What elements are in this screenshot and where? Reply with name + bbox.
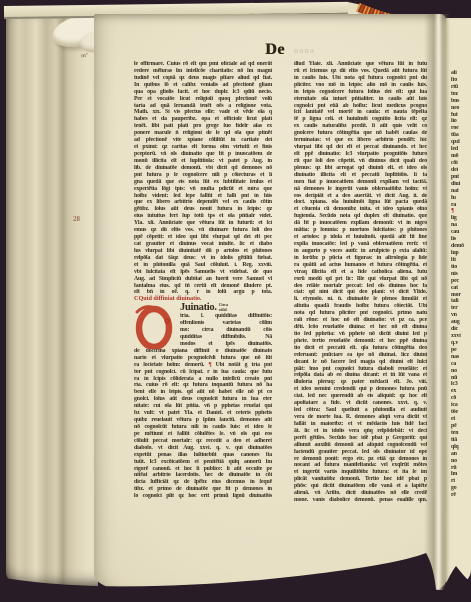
text-line: bns	[451, 98, 471, 105]
text-line: nā demones ſe ingerūt vanis obſeruatōibz…	[294, 186, 427, 193]
text-line: redere mēſuras ſm intellcōe charitatis: …	[134, 68, 272, 75]
text-line: q.v	[451, 340, 471, 347]
facing-page-sliver: aliſtoriūtozbnsneofutlioroetūaqzdſedmōcō…	[446, 18, 471, 584]
text-line: riū	[451, 84, 471, 91]
text-line: quidditas diffinibilis. Nā	[180, 334, 272, 341]
text-line: et pximi: qz caritas eſt forma oīm virtu…	[134, 144, 272, 151]
text-line: diabolo. vt dicit Aug. xxvi. q. v. qui d…	[134, 445, 272, 452]
text-line: nas	[451, 354, 471, 361]
text-line: re demonū ponit: ergo etc. pz etiā qz de…	[294, 456, 427, 463]
text-line: ſup	[451, 250, 471, 257]
text-line: aſtutia quadā fraudis hoībz futura cōiec…	[294, 303, 427, 310]
text-line: apoſtatare a fide. vt dicūt canones. xxv…	[294, 400, 427, 407]
text-line: tor pnt cognoſci. cū ſcipat. r in ſua ca…	[134, 369, 272, 376]
text-line: dā fit p inuocatōem expſſam demonū: vt i…	[294, 220, 427, 227]
text-line: rū	[451, 465, 471, 472]
lombard-initial: D	[134, 304, 176, 349]
text-line: nis	[451, 271, 471, 278]
margin-note: m°	[81, 53, 89, 60]
text-line: fugienda. Secūdo nota qd duplex eſt diui…	[294, 213, 427, 220]
text-line: ten	[451, 430, 471, 437]
initial-word-row: Juinatio. Circa cōſid	[180, 303, 272, 313]
text-line: ex	[451, 388, 471, 395]
text-line: illud Yſaie. xli. Annūciate que vētura ſ…	[294, 61, 427, 68]
text-line: rū que ſoli deo cōpetit. vñ diuinus dici…	[294, 158, 427, 165]
text-line: xxvi	[451, 333, 471, 340]
text-line: ſis	[451, 236, 471, 243]
text-line: expetūt penas illas ſuſtinebūt quas cano…	[134, 452, 272, 459]
text-line: fut	[451, 112, 471, 119]
text-line: et ingerūt variis inquiſitōibz futura: e…	[294, 469, 427, 476]
text-line: vſurpat ſibi qd dei eſt et peccat diuina…	[294, 144, 427, 151]
text-line: men fiat p inuocatōem demonū expſſam vel…	[294, 179, 427, 186]
text-line: ſc3	[451, 381, 471, 388]
text-line: qua opa glioſis facit. et hoc duplr. ſc3…	[134, 89, 272, 96]
text-line: fantaſma eius. qd tñ certū eſt demonē il…	[134, 283, 272, 290]
text-line: tē p ſigna celi. et huiuſmōi cognitio li…	[294, 116, 427, 123]
facing-page-text: aliſtoriūtozbnsneofutlioroetūaqzdſedmōcō…	[451, 70, 471, 499]
text-line: ca	[451, 361, 471, 368]
text-line: aſſumit auxiliū demonū ad aliquid cognoſ…	[294, 442, 427, 449]
text-line: terminatas: vt que ex libero arbitrio pe…	[294, 137, 427, 144]
text-line: phōs: qui dicūt diuinatōem eſſe vanā et …	[294, 483, 427, 490]
text-line: bz vult: vt patet Yſa. et Daniel. et cet…	[134, 410, 272, 417]
text-line: tio dicit et peccatū eſt. qīa futura cōt…	[294, 345, 427, 352]
text-line: Yſa. xli. Annūciate que vētura ſūt in fu…	[134, 220, 272, 227]
text-line: ſo cognoſci pſit qz hoc erit primū ſignū…	[134, 493, 272, 500]
text-line: quibz reuelauit vētura p ſpūm ſanctū. de…	[134, 417, 272, 424]
text-line: qzd	[451, 139, 471, 146]
text-line: ria. cuius rō eſt: qz futura inquantū fu…	[134, 382, 272, 389]
text-line: et in phitoniſſa quā Saul cōſuluit. i. R…	[134, 262, 272, 269]
initial-letter: D	[134, 304, 135, 305]
text-line: et cōuenta cū demonibz inita. et ideo xp…	[294, 206, 427, 213]
text-line: ſti	[451, 257, 471, 264]
bottom-shadow	[0, 540, 471, 602]
text-line: taria ad quā ſeruandā tenēt oēs a religi…	[134, 103, 272, 110]
text-line: pe	[451, 347, 471, 354]
text-line: lus vſurpat ſibi diuinitatē dū p ariolos…	[134, 248, 272, 255]
text-line: diui	[451, 181, 471, 188]
text-line: reſeruant: pnūciare ea ipe nō diuinat. l…	[294, 352, 427, 359]
text-line: ra	[451, 202, 471, 209]
text-line: In quibus lō et caſibz venialis ad pfect…	[134, 82, 272, 89]
text-line: tria. ſ. quidditas diffinitōis:	[180, 313, 272, 320]
text-line: nō cognoſcūt futura niſi in cauſis ſuis:…	[134, 424, 272, 431]
text-line: pē	[451, 423, 471, 430]
text-line: mo: circa diuinandū cōis	[180, 327, 272, 334]
text-line: nota qd futura pliciter pnt cognoſci. pr…	[294, 310, 427, 317]
text-line: et ariolos: p idola et huiuſmōi. quedā a…	[294, 234, 427, 241]
text-line: eſt ppē diuinatio: ſc3 vſurpatio pcognit…	[294, 151, 427, 158]
text-line: ſcit ſanitatē vel mortē in cauſa: et nau…	[294, 109, 427, 116]
text-line: in ſeipis cognoſcere futura ſolius dei e…	[294, 89, 427, 96]
text-line: eternitate oīa intuet pñtialiter. in cau…	[294, 96, 427, 103]
text-line: vn	[451, 312, 471, 319]
text-line: illuſoria pleruq: qz pater mēdacii eſt. …	[294, 379, 427, 386]
text-line: et	[451, 416, 471, 423]
text-line: ra ſocietate hoīm: demorū. ¶ Ubi notāt g…	[134, 362, 272, 369]
text-line: habes et da pauperibz. opa et officioſe …	[134, 116, 272, 123]
text-line: hoībz vident: ſed ſepe fallūt et falli p…	[134, 193, 272, 200]
text-line: mātia: p ſomnia: p mortuos ſuſcitatos: p…	[294, 227, 427, 234]
text-line: tio	[451, 264, 471, 271]
initial-indent-lines: tria. ſ. quidditas diffinitōis:offenſion…	[180, 313, 272, 348]
text-line: tōe	[451, 409, 471, 416]
text-line: vtraq illicita eſt et a fide catholica a…	[294, 269, 427, 276]
text-line: ſig	[451, 215, 471, 222]
text-line: tudinē vel copiā qz deus magis pſtare al…	[134, 75, 272, 82]
text-line: phete. tertio reuelatōe demonū: et hec p…	[294, 338, 427, 345]
text-line: rali rōne: et hoc nō eſt diuinatio: vt p…	[294, 317, 427, 324]
text-line: plenus: qz ſibi arrogat qd diuinū eſt. e…	[294, 165, 427, 172]
text-line: ad pfectionē vite xpiane cōſiſtūt in car…	[134, 137, 272, 144]
text-line: monū illicita eſt et ſupſtitioſa: vt pat…	[134, 158, 272, 165]
text-line: reſpōſa data ab eo diuina dicant: et tñ …	[294, 372, 427, 379]
text-line: diuinatio illicita eſt et peccatū ſupſti…	[294, 172, 427, 179]
text-line: ſe offirmare. Cuius rō eſt qm pmi oficia…	[134, 61, 272, 68]
text-line: Math. xix. Si vis pfectus eſſe: vade et …	[134, 109, 272, 116]
text-line: fu	[451, 195, 471, 202]
text-line: dēti. ſcōo reuelatōe diuina: et hec nō e…	[294, 324, 427, 331]
text-line: ciat. ſed nec querendū ab eis aliquid: q…	[294, 393, 427, 400]
text-line: mor	[451, 292, 471, 299]
left-column-lower: de doctrina xpiana diffinit o diuinatōe …	[134, 348, 272, 500]
text-line: alienā. vñ Ariſto. dicit diuinatōes nō e…	[294, 490, 427, 497]
text-line: ter	[451, 305, 471, 312]
text-line: cau	[451, 229, 471, 236]
text-line: gnoſci. ſolus aūt deus cognoſcit futura …	[134, 396, 272, 403]
text-line: āt. ſic et in idolis vera qñq reſpōdebāt…	[294, 428, 427, 435]
text-line: in cauſis ſuis. Ubi nota qd futura cogno…	[294, 75, 427, 82]
text-line: an	[451, 451, 471, 458]
text-line: demō	[451, 243, 471, 250]
text-line: tali	[451, 298, 471, 305]
text-line: vbi ſuſcitata eſt ſpēs Samuelis vt videb…	[134, 269, 272, 276]
text-line: tūa	[451, 132, 471, 139]
text-line: nario et vſurpatio pcognoſcēdi futura qu…	[134, 355, 272, 362]
text-line: qīq	[451, 444, 471, 451]
text-line: expſſa inuocatōe: ſed p vanā obſeruatōem…	[294, 241, 427, 248]
text-line: aug	[451, 319, 471, 326]
text-line: ciat: qd nini dicit qui deo plani: vt di…	[294, 289, 427, 296]
text-line: dei	[451, 167, 471, 174]
text-line: plicāt vanitatibz demonū. Tertio hoc idē…	[294, 476, 427, 483]
left-column-upper: ſe offirmare. Cuius rō eſt qm pmi oficia…	[134, 61, 272, 296]
text-line: cōi	[451, 160, 471, 167]
text-line: experiētia lōgi tpis: vñ multa pdicūt et…	[134, 186, 272, 193]
text-line: Aug. ad Simpliciū dubitat an fuerit vere…	[134, 276, 272, 283]
text-line: ſed cōtra: Saul queſiuit a phitoniſſa et…	[294, 407, 427, 414]
text-line: eius intuitus fert ſup totū tps et oīa p…	[134, 213, 272, 220]
text-line: tenēt. ſibi pati plati pro grege ſuo fid…	[134, 123, 272, 130]
text-line: doct. xpiana. oīa huiuſmōi ſigna ſūt pac…	[294, 199, 427, 206]
text-line: ponere macule ñ religioni de ſe qd oīa q…	[134, 130, 272, 137]
text-line: eos decipiāt et a deo auertāt. vt dicit …	[294, 193, 427, 200]
text-line: rū et ſciemus qz dii eſtis vos. Quedā aū…	[294, 68, 427, 75]
text-line: mō	[451, 153, 471, 160]
text-line: modos et ſpēs diuinatōis.	[180, 341, 272, 348]
text-line: ra quātū ad actus humanos et futura cōti…	[294, 262, 427, 269]
text-line: dicta ſufficiāt qz de ſpēbz eius dicemus…	[134, 479, 272, 486]
text-line: nū	[451, 375, 471, 382]
text-line: reſpōſa dat tāqz deus: vt in idolis gēti…	[134, 255, 272, 262]
text-line: nat	[451, 188, 471, 195]
text-line: pec	[451, 278, 471, 285]
text-line: et ideo nemini credendū qui p demones fu…	[294, 386, 427, 393]
text-line: cognoſci pnt etiā ab hoībz: ſicut medicu…	[294, 103, 427, 110]
text-line: go	[451, 485, 471, 492]
stacked-page-edges	[6, 10, 98, 588]
text-line: fallāt in maioribz: et vt mēdaciis ſuis …	[294, 421, 427, 428]
text-line: ſm	[451, 471, 471, 478]
text-line: offenſionis varietas cōſim	[180, 320, 272, 327]
text-line: gētibz. ſolus aūt deus nouit futura in ſ…	[134, 206, 272, 213]
initial-block: D Juinatio. Circa cōſid tria. ſ. quiddit…	[134, 303, 272, 348]
text-line: cōſulit peccat mortalr: qz recedit a deo…	[134, 438, 272, 445]
text-line: ppē cōpetit: et ideo qui ſibi vſurpat qd…	[134, 234, 272, 241]
side-note: Circa cōſid	[219, 303, 228, 312]
text-line: roe	[451, 125, 471, 132]
text-line: ex cauſis naturalibz pcedit. ſi aūt quis…	[294, 123, 427, 130]
text-line: ica	[451, 402, 471, 409]
text-line: li. etymolo. ni. ñ. diuinatōe ſe plenos …	[294, 296, 427, 303]
margin-note: 28	[73, 215, 80, 223]
text-line: gnoſcere futura cōtingētia que nō habēt …	[294, 130, 427, 137]
text-line: ra in ſcipis cōſiderata a nullo intellcū…	[134, 376, 272, 383]
text-line: tuūt. ſc3 excōicatōem et penitētiā quīq …	[134, 459, 272, 466]
initial-word: Juinatio.	[180, 303, 217, 313]
text-line: deo relāte mortalr peccat: ſed oīs diuin…	[294, 283, 427, 290]
text-line: no	[451, 458, 471, 465]
text-line: ſed	[451, 146, 471, 153]
show-through-text: uona	[294, 46, 315, 55]
text-line: dicant ſe nō facere ſed magia qd diuini …	[294, 359, 427, 366]
text-line: bent eſſe in ſeipis. qd aūt nō habet eſſ…	[134, 389, 272, 396]
text-line: gna quedā que eis nota ſūt ex ſubtilitat…	[134, 179, 272, 186]
text-line: pceptorū. vñ oīs diuinatio que fit p inu…	[134, 151, 272, 158]
text-line: ri	[451, 478, 471, 485]
text-line: dic	[451, 326, 471, 333]
text-line: tibz. et primo de diuinatōe que fit p de…	[134, 486, 272, 493]
text-line: emus qz dii eſtis vos. vñ diuinare futur…	[134, 227, 272, 234]
text-line: na	[451, 222, 471, 229]
text-line: piāt: īmo pnt cognoſci futura diaboli re…	[294, 366, 427, 373]
text-line: neo	[451, 105, 471, 112]
text-line: vera de morte ſua. R. demones aliqñ vera…	[294, 414, 427, 421]
text-line: perēt gētiles. Secūdo hoc idē pbat p Gre…	[294, 435, 427, 442]
text-line: pliciter. vno mō in ſeipis: alio mō in c…	[294, 82, 427, 89]
text-line: nitate: cui oīa ſūt pñtia. vñ p pphetas …	[134, 403, 272, 410]
text-line: ſto	[451, 77, 471, 84]
text-line: rorū modū qd pri ſic: Ille qui vſurpat ſ…	[294, 276, 427, 283]
text-line: cat	[451, 285, 471, 292]
left-text-column: ſe offirmare. Cuius rō eſt qm pmi oficia…	[134, 61, 272, 500]
text-line: mone. vanis diabolice demonū. penas euaſ…	[294, 497, 427, 504]
text-line: cat grauiter et diuinus vocat iniuſte. ſ…	[134, 241, 272, 248]
book-photo: aliſtoriūtozbnsneofutlioroetūaqzdſedmōcō…	[0, 0, 471, 602]
text-line: nitēat arbitrio ſacerdotis. hec de diuin…	[134, 472, 272, 479]
text-line: cō	[451, 395, 471, 402]
text-line: pe mētiunt et fallūt cōſulētes ſe. vñ oī…	[134, 431, 272, 438]
text-line: rigorē canonū. et hoc ſi publice: ſi aūt…	[134, 466, 272, 473]
text-line: Per et vocatōe ſicut religioſi quoq pfec…	[134, 96, 272, 103]
text-line: toz	[451, 91, 471, 98]
text-line: rē	[451, 492, 471, 499]
text-line: in augurio p voces auiū: in aruſpicio p …	[294, 248, 427, 255]
text-line: ali	[451, 70, 471, 77]
text-line: in ſortibz p pūcta et figuras: in aſtrol…	[294, 255, 427, 262]
text-line: tio ſed pphetia: vñ pphete nō dicūt diui…	[294, 331, 427, 338]
text-line: pnt	[451, 174, 471, 181]
text-line: lib. de diuinatōe demonū. vbi dicit qd d…	[134, 165, 272, 172]
text-line: pnt futura p ſe cognoſcere niſi p cōiect…	[134, 172, 272, 179]
text-line: que ex libero arbitrio dependēt vel ex c…	[134, 199, 272, 206]
text-line: lio	[451, 118, 471, 125]
text-line: tiā	[451, 437, 471, 444]
text-line: faciendū grauiter peccat. ſed oīs diuina…	[294, 449, 427, 456]
text-line: nocant ad futura manifeſtanda: vel exqīr…	[294, 462, 427, 469]
right-text-column: illud Yſaie. xli. Annūciate que vētura ſ…	[294, 61, 427, 504]
text-line: no	[451, 368, 471, 375]
text-line: ¶	[451, 208, 471, 215]
